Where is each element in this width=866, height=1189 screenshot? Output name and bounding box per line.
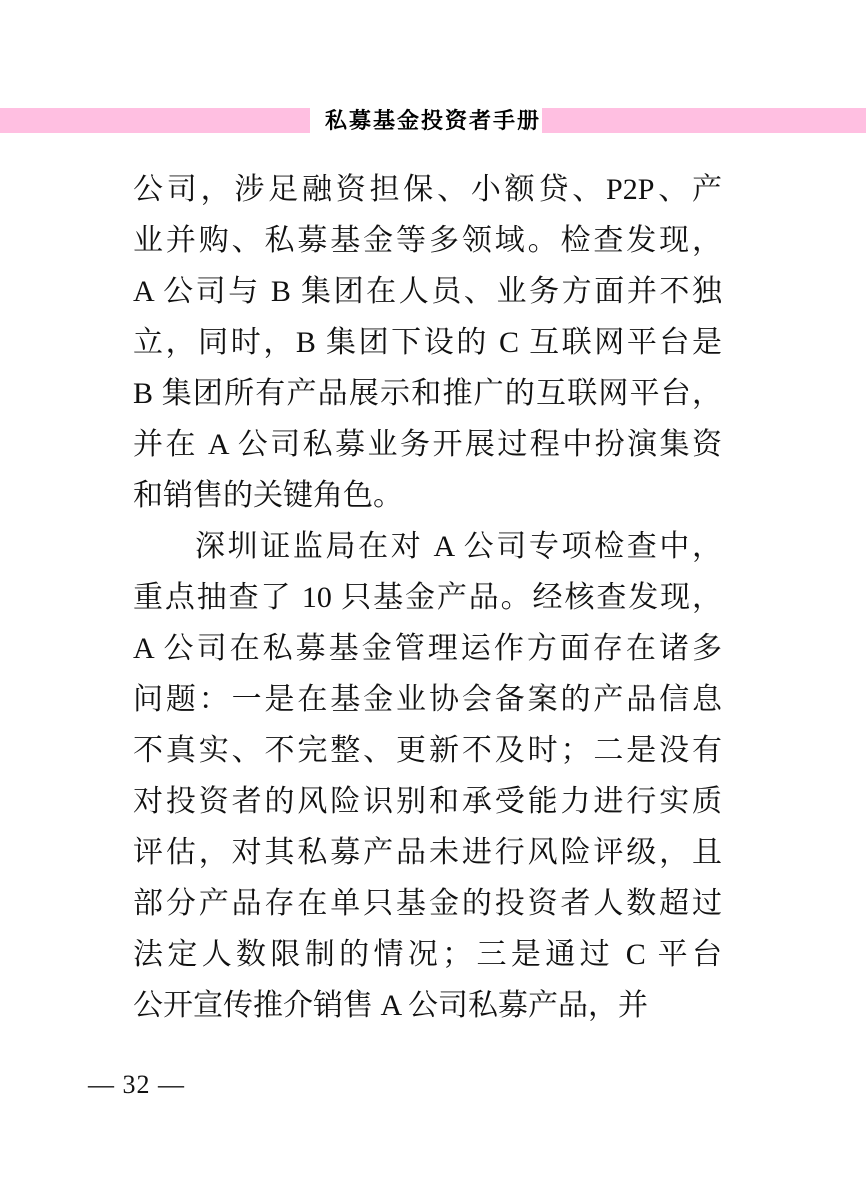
body-line: 业并购、私募基金等多领域。检查发现，: [133, 215, 722, 266]
body-line: 不真实、不完整、更新不及时；二是没有: [133, 725, 722, 776]
body-line: 立，同时，B 集团下设的 C 互联网平台是: [133, 317, 722, 368]
body-line: B 集团所有产品展示和推广的互联网平台，: [133, 368, 722, 419]
body-line-paragraph-end: 和销售的关键角色。: [133, 470, 722, 521]
body-line: 部分产品存在单只基金的投资者人数超过: [133, 878, 722, 929]
body-text-block: 公司，涉足融资担保、小额贷、P2P、产 业并购、私募基金等多领域。检查发现， A…: [133, 164, 722, 1031]
body-line: 重点抽查了 10 只基金产品。经核查发现，: [133, 572, 722, 623]
body-line: 并在 A 公司私募业务开展过程中扮演集资: [133, 419, 722, 470]
body-line-paragraph-end: 公开宣传推介销售 A 公司私募产品，并: [133, 980, 722, 1031]
body-line: A 公司与 B 集团在人员、业务方面并不独: [133, 266, 722, 317]
body-line: A 公司在私募基金管理运作方面存在诸多: [133, 623, 722, 674]
body-line: 问题：一是在基金业协会备案的产品信息: [133, 674, 722, 725]
running-head-title: 私募基金投资者手册: [0, 105, 866, 136]
body-line-paragraph-start: 深圳证监局在对 A 公司专项检查中，: [133, 521, 722, 572]
body-line: 对投资者的风险识别和承受能力进行实质: [133, 776, 722, 827]
body-line: 评估，对其私募产品未进行风险评级，且: [133, 827, 722, 878]
book-page: 私募基金投资者手册 公司，涉足融资担保、小额贷、P2P、产 业并购、私募基金等多…: [0, 0, 866, 1189]
body-line: 公司，涉足融资担保、小额贷、P2P、产: [133, 164, 722, 215]
page-number: — 32 —: [88, 1068, 185, 1102]
body-line: 法定人数限制的情况；三是通过 C 平台: [133, 929, 722, 980]
